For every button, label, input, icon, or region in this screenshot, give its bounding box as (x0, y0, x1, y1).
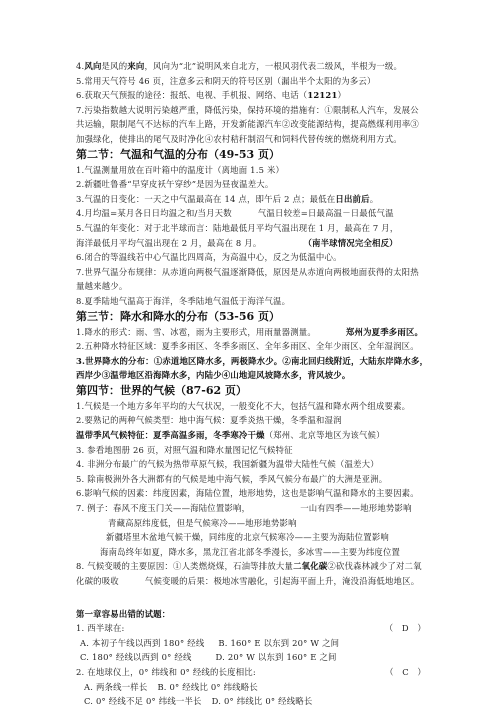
item-factors: 6.影响气候的因素：纬度因素，海陆位置，地形地势，这也是影响气温和降水的主要因素… (76, 486, 426, 501)
text: 7. 例子：春风不度玉门关——海陆位置影响， (76, 503, 250, 513)
item-examples: 7. 例子：春风不度玉门关——海陆位置影响，一山有四季——地形地势影响 (76, 501, 426, 516)
item-pollution-line3: 加强绿化，使排出的尾气及时净化④农村秸秆制沼气和饲料代替传统的燃烧利用方式。 (76, 132, 426, 147)
text: ，风向为“北”说明风来自北方，一根风羽代表二级风，半根为一级。 (144, 61, 402, 71)
option-d: D. 20° W 以东到 160° E 之间 (216, 652, 337, 662)
item-distribution-line1: 7.世界气温分布规律：从赤道向两极气温逐渐降低，原因是从赤道向两极地面获得的太阳… (76, 265, 426, 280)
quiz-q1-stem: 1. 西半球在: （ D ） (76, 621, 426, 636)
text: 。 (370, 194, 379, 204)
bold-term: 温带季风气候特征：夏季高温多雨，冬季寒冷干燥 (76, 430, 265, 440)
quiz-q2-options-cd: C. 0° 经线不足 0° 纬线一半长D. 0° 纬线比 0° 经线略长 (76, 694, 426, 707)
text: 8. 气候变暖的主要原因：①人类燃烧煤，石油等排放大量 (76, 561, 293, 571)
item-atlas: 3. 参看地图册 26 页，对照气温和降水量图记忆气候特征 (76, 443, 426, 458)
text: 1.降水的形式：雨、雪、冰雹，雨为主要形式，用雨量器测量。 (76, 327, 316, 337)
item-forecast-channels: 6.获取天气预报的途径：报纸、电视、手机报、网络、电话（12121） (76, 88, 426, 103)
quiz-title: 第一章容易出错的试题： (76, 607, 426, 622)
quiz-q2-options-ab: A. 两条线一样长B. 0° 经线比 0° 纬线略长 (76, 680, 426, 695)
item-precip-regions: 2.五种降水特征区域：夏季多雨区、冬季多雨区、全年多雨区、全年少雨区、全年湿润区… (76, 339, 426, 354)
item-temp-measure: 1.气温测量用放在百叶箱中的温度计（离地面 1.5 米） (76, 163, 426, 178)
text: 海洋最低月平均气温出现在 2 月，最高在 8 月。 (76, 238, 261, 248)
option-d: D. 0° 纬线比 0° 经线略长 (212, 696, 313, 706)
question-text: 1. 西半球在: (76, 623, 125, 633)
item-precip-world-line1: 3.世界降水的分布：①赤道地区降水多，两极降水少。②南北回归线附近，大陆东岸降水… (76, 354, 426, 369)
document-page: 4.风向是风的来向，风向为“北”说明风来自北方，一根风羽代表二级风，半根为一级。… (76, 59, 426, 707)
text: ②砍伐森林减少了对二氧 (327, 561, 421, 571)
item-land-sea: 8.夏季陆地气温高于海洋，冬季陆地气温低于海洋气温。 (76, 294, 426, 309)
bold-term: 日出前后 (335, 194, 369, 204)
item-pollution-line2: 共运输，限制尾气不达标的汽车上路，开发新能源汽车②改变能源结构，提高燃煤利用率③ (76, 117, 426, 132)
item-wind-direction: 4.风向是风的来向，风向为“北”说明风来自北方，一根风羽代表二级风，半根为一级。 (76, 59, 426, 74)
text: 气温日较差=日最高温－日最低气温 (258, 208, 394, 218)
item-climate-types: 2.要熟记的两种气候类型：地中海气候：夏季炎热干燥，冬季温和湿润 (76, 413, 426, 428)
section-heading-precipitation: 第三节：降水和降水的分布（53-56 页） (76, 309, 426, 325)
quiz-q1-options-cd: C. 180° 经线以西到 0° 经线D. 20° W 以东到 160° E 之… (76, 650, 426, 665)
bold-term: 二氧化碳 (293, 561, 327, 571)
option-b: B. 160° E 以东到 20° W 之间 (218, 638, 339, 648)
item-monthly-average: 4.月均温=某月各日日均温之和/当月天数气温日较差=日最高温－日最低气温 (76, 206, 426, 221)
spacer (76, 589, 426, 607)
item-example-tibet: 青藏高原纬度低，但是气候寒冷——地形地势影响 (76, 516, 426, 531)
item-example-xinjiang: 新疆塔里木盆地气候干燥，同纬度的北京气候寒冷——主要为海陆位置影响 (76, 530, 426, 545)
option-c: C. 180° 经线以西到 0° 经线 (80, 652, 192, 662)
item-example-hainan: 海南岛终年如夏，降水多，黑龙江省北部冬季漫长，多冰雪——主要为纬度位置 (76, 545, 426, 560)
text: 6.获取天气预报的途径：报纸、电视、手机报、网络、电话（ (76, 90, 307, 100)
text: 4.月均温=某月各日日均温之和/当月天数 (76, 208, 232, 218)
quiz-q2-stem: 2. 在地球仪上，0° 纬线和 0° 经线的长度相比: （ C ） (76, 665, 426, 680)
item-pollution-line1: 7.污染指数越大说明污染越严重，降低污染，保持环境的措施有：①限制私人汽车，发展… (76, 103, 426, 118)
item-weather-symbols: 5.常用天气符号 46 页，注意多云和阴天的符号区别（漏出半个太阳的为多云） (76, 74, 426, 89)
item-warming-line1: 8. 气候变暖的主要原因：①人类燃烧煤，石油等排放大量二氧化碳②砍伐森林减少了对… (76, 559, 426, 574)
quiz-q1-options-ab: A. 本初子午线以西到 180° 经线B. 160° E 以东到 20° W 之… (76, 636, 426, 651)
text: ） (337, 90, 346, 100)
bold-note: （南半球情况完全相反） (303, 238, 397, 248)
option-b: B. 0° 经线比 0° 纬线略长 (157, 682, 258, 692)
item-precip-world-line2: 西岸少③温带地区沿海降水多，内陆少④山地迎风坡降水多，背风坡少。 (76, 368, 426, 383)
text: 是风的 (102, 61, 128, 71)
bold-term: 风向 (84, 61, 101, 71)
text: 化碳的吸收 (76, 576, 119, 586)
option-a: A. 两条线一样长 (84, 682, 147, 692)
item-daily-variation: 3.气温的日变化：一天之中气温最高在 14 点，即午后 2 点；最低在日出前后。 (76, 192, 426, 207)
item-mediterranean: 5. 除南极洲外各大洲都有的气候是地中海气候，季风气候分布最广的大洲是亚洲。 (76, 472, 426, 487)
phone-number: 12121 (307, 90, 337, 100)
section-heading-temperature: 第二节：气温和气温的分布（49-53 页） (76, 147, 426, 163)
question-text: 2. 在地球仪上，0° 纬线和 0° 经线的长度相比: (76, 667, 256, 677)
item-isotherm: 6.闭合的等温线若中心气温比四周高，为高温中心，反之为低温中心。 (76, 250, 426, 265)
item-monsoon: 温带季风气候特征：夏季高温多雨，冬季寒冷干燥（郑州、北京等地区为该气候） (76, 428, 426, 443)
item-turpan: 2.新疆吐鲁番“早穿皮袄午穿纱”是因为昼夜温差大。 (76, 177, 426, 192)
item-annual-variation-line1: 5.气温的年变化：对于北半球而言：陆地最低月平均气温出现在 1 月，最高在 7 … (76, 221, 426, 236)
text: 一山有四季——地形地势影响 (300, 503, 411, 513)
bold-term: 来向 (127, 61, 144, 71)
item-distribution-line2: 量越来越少。 (76, 279, 426, 294)
bold-note: 郑州为夏季多雨区。 (346, 327, 423, 337)
option-a: A. 本初子午线以西到 180° 经线 (80, 638, 204, 648)
item-africa: 4. 非洲分布最广的气候为热带草原气候，我国新疆为温带大陆性气候（温差大） (76, 457, 426, 472)
item-precip-forms: 1.降水的形式：雨、雪、冰雹，雨为主要形式，用雨量器测量。郑州为夏季多雨区。 (76, 325, 426, 340)
item-annual-variation-line2: 海洋最低月平均气温出现在 2 月，最高在 8 月。（南半球情况完全相反） (76, 236, 426, 251)
text: （郑州、北京等地区为该气候） (265, 430, 385, 440)
item-climate-def: 1.气候是一个地方多年平均的大气状况，一般变化不大，包括气温和降水两个组成要素。 (76, 399, 426, 414)
answer-box: （ C ） (385, 665, 426, 680)
option-c: C. 0° 经线不足 0° 纬线一半长 (84, 696, 202, 706)
text: 气候变暖的后果：极地冰雪融化，引起海平面上升，淹没沿海低地地区。 (145, 576, 419, 586)
item-warming-line2: 化碳的吸收气候变暖的后果：极地冰雪融化，引起海平面上升，淹没沿海低地地区。 (76, 574, 426, 589)
section-heading-climate: 第四节：世界的气候（87-62 页） (76, 383, 426, 399)
answer-box: （ D ） (385, 621, 426, 636)
text: 3.气温的日变化：一天之中气温最高在 14 点，即午后 2 点；最低在 (76, 194, 335, 204)
